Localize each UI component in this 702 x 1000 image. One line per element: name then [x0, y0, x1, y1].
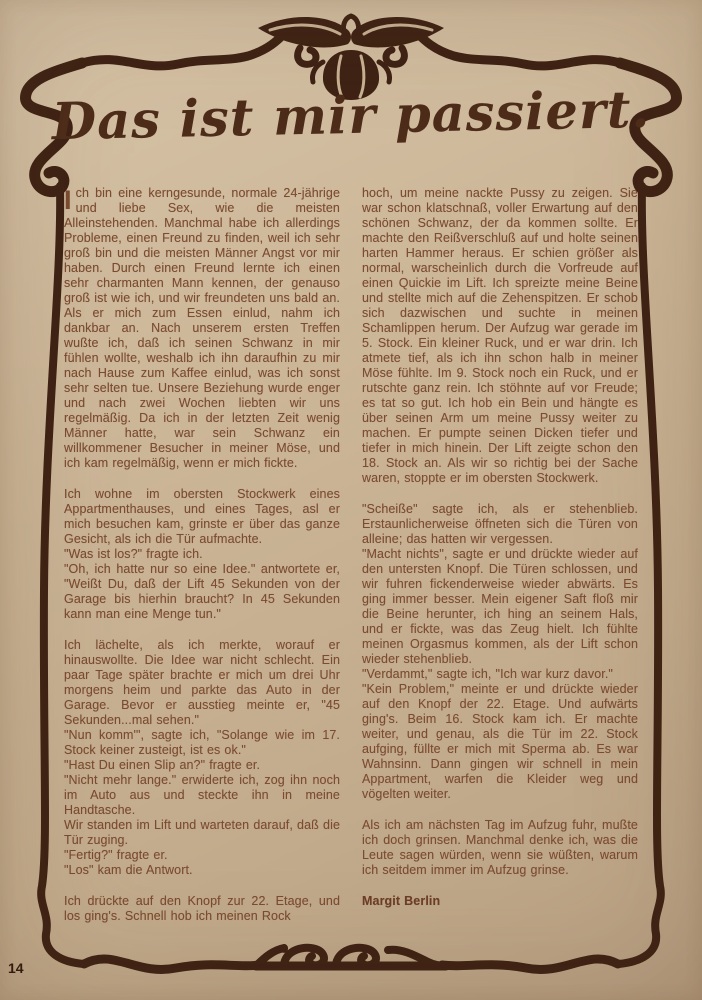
author-byline: Margit Berlin — [362, 894, 638, 909]
dropcap-initial: I — [64, 187, 72, 213]
paragraph: Ich bin eine kerngesunde, normale 24-jäh… — [64, 186, 340, 471]
paragraph: "Was ist los?" fragte ich. — [64, 547, 340, 562]
paragraph: Als ich am nächsten Tag im Aufzug fuhr, … — [362, 818, 638, 878]
article-column-left: Ich bin eine kerngesunde, normale 24-jäh… — [64, 186, 340, 924]
paragraph: "Oh, ich hatte nur so eine Idee." antwor… — [64, 562, 340, 622]
page-title: Das ist mir passiert. — [0, 79, 702, 154]
paragraph: "Fertig?" fragte er. — [64, 848, 340, 863]
paragraph: "Kein Problem," meinte er und drückte wi… — [362, 682, 638, 802]
wave-scroll-icon — [256, 948, 446, 966]
paragraph: Wir standen im Lift und warteten darauf,… — [64, 818, 340, 848]
page-number: 14 — [8, 960, 24, 976]
paragraph: Ich wohne im obersten Stockwerk eines Ap… — [64, 487, 340, 547]
paragraph: hoch, um meine nackte Pussy zu zeigen. S… — [362, 186, 638, 486]
paragraph: Ich drückte auf den Knopf zur 22. Etage,… — [64, 894, 340, 924]
paragraph: "Nun komm'", sagte ich, "Solange wie im … — [64, 728, 340, 758]
article-column-right: hoch, um meine nackte Pussy zu zeigen. S… — [362, 186, 638, 924]
paragraph: "Scheiße" sagte ich, als er stehenblieb.… — [362, 502, 638, 547]
magazine-page: Das ist mir passiert. Ich bin eine kerng… — [0, 0, 702, 1000]
article-body: Ich bin eine kerngesunde, normale 24-jäh… — [64, 186, 638, 924]
paragraph: "Los" kam die Antwort. — [64, 863, 340, 878]
paragraph: "Hast Du einen Slip an?" fragte er. — [64, 758, 340, 773]
paragraph: Ich lächelte, als ich merkte, worauf er … — [64, 638, 340, 728]
paragraph: "Macht nichts", sagte er und drückte wie… — [362, 547, 638, 667]
paragraph: "Nicht mehr lange." erwiderte ich, zog i… — [64, 773, 340, 818]
paragraph: "Verdammt," sagte ich, "Ich war kurz dav… — [362, 667, 638, 682]
